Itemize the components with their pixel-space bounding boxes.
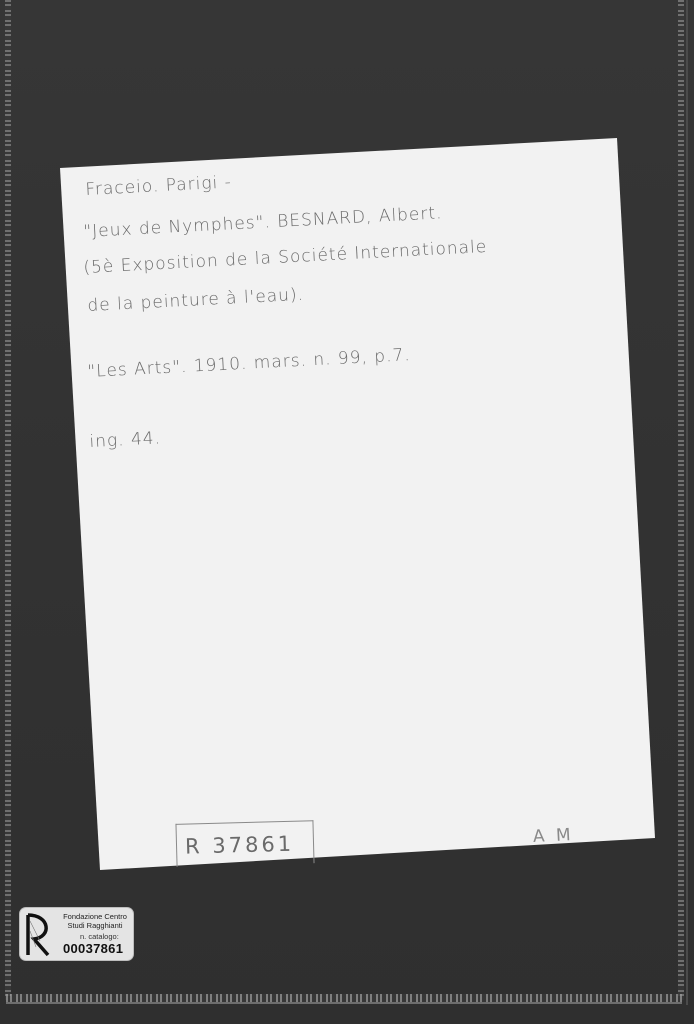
inventory-number: R 37861 bbox=[185, 832, 295, 859]
handwritten-line-ing: ing. 44. bbox=[89, 428, 161, 452]
sleeve-perforation-left bbox=[5, 0, 11, 1000]
catalog-number-label: n. catalogo: bbox=[80, 932, 119, 941]
handwritten-initials: A M bbox=[533, 825, 575, 847]
inventory-stamp-box: R 37861 bbox=[175, 820, 314, 867]
ragghianti-r-logo-icon bbox=[24, 911, 54, 957]
sleeve-perforation-right bbox=[678, 0, 684, 1000]
sleeve-edge-bottom bbox=[6, 1002, 682, 1004]
sleeve-edge-right bbox=[686, 0, 688, 1005]
sleeve-perforation-bottom bbox=[6, 994, 682, 1002]
catalog-number: 00037861 bbox=[63, 941, 123, 956]
organization-name: Fondazione Centro Studi Ragghianti bbox=[58, 912, 132, 930]
catalog-label: Fondazione Centro Studi Ragghianti n. ca… bbox=[20, 908, 133, 960]
